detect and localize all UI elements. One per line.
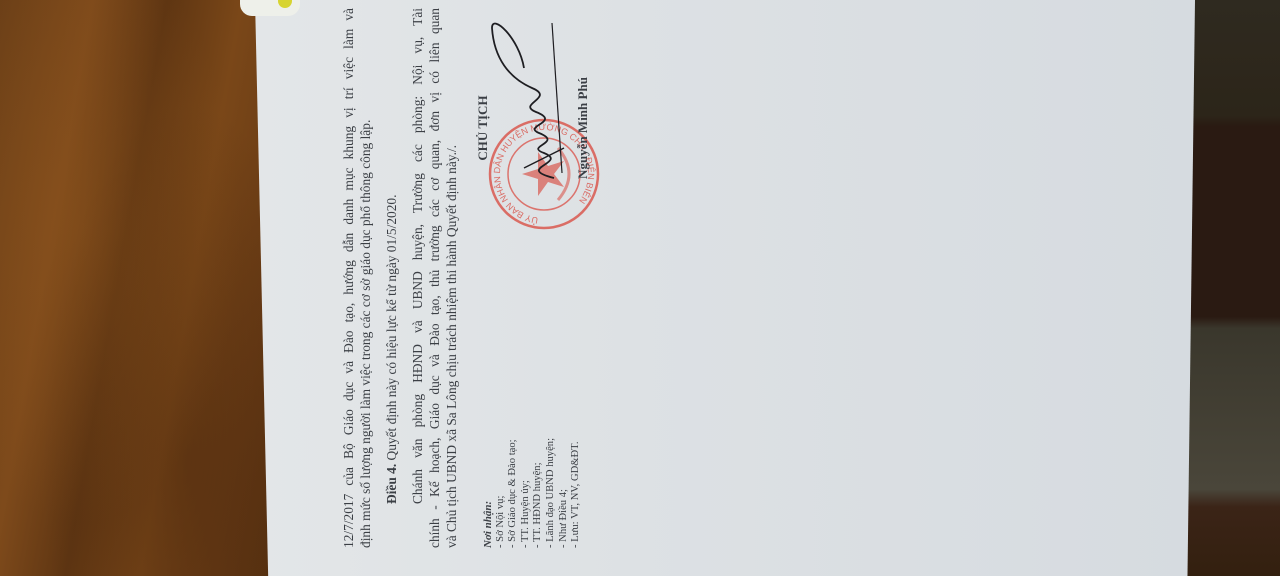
document-text-rotated: 12/7/2017 của Bộ Giáo dục và Đào tạo, hư… xyxy=(340,8,620,548)
article-4-label: Điều 4. xyxy=(384,464,399,504)
paragraph-1: 12/7/2017 của Bộ Giáo dục và Đào tạo, hư… xyxy=(340,8,374,548)
article-4: Điều 4. Quyết định này có hiệu lực kể từ… xyxy=(383,8,400,548)
chairman-block: CHỦ TỊCH Nguyễn Minh Phú xyxy=(470,8,491,248)
dark-background xyxy=(1180,0,1280,576)
paragraph-2-line: và Chủ tịch UBND xã Sa Lông chịu trách n… xyxy=(443,8,460,548)
paragraph-1-line: 12/7/2017 của Bộ Giáo dục và Đào tạo, hư… xyxy=(340,8,357,548)
recipients-list: Nơi nhận: - Sở Nội vụ; - Sở Giáo dục & Đ… xyxy=(482,348,583,548)
recipients-title: Nơi nhận: xyxy=(482,348,495,548)
recipient-item: - Lưu: VT, NV, GD&ĐT. xyxy=(570,348,583,548)
paragraph-2-line: Chánh văn phòng HĐND và UBND huyện, Trưở… xyxy=(409,8,426,548)
recipient-item: - Lãnh đạo UBND huyện; xyxy=(545,348,558,548)
signature-area: Nơi nhận: - Sở Nội vụ; - Sở Giáo dục & Đ… xyxy=(470,8,620,548)
recipient-item: - Sở Giáo dục & Đào tạo; xyxy=(507,348,520,548)
recipient-item: - Như Điều 4; xyxy=(558,348,571,548)
recipient-item: - Sở Nội vụ; xyxy=(495,348,508,548)
wooden-table-background xyxy=(0,0,270,576)
signer-name: Nguyễn Minh Phú xyxy=(574,8,591,248)
handwritten-signature-icon xyxy=(484,8,584,188)
article-4-text: Quyết định này có hiệu lực kể từ ngày 01… xyxy=(384,195,399,461)
paragraph-1-line: định mức số lượng người làm việc trong c… xyxy=(357,8,374,548)
recipient-item: - TT. HĐND huyện; xyxy=(532,348,545,548)
chairman-title: CHỦ TỊCH xyxy=(474,8,491,248)
recipient-item: - TT. Huyện ủy; xyxy=(520,348,533,548)
paragraph-2: Chánh văn phòng HĐND và UBND huyện, Trưở… xyxy=(409,8,460,548)
paragraph-2-line: chính - Kế hoạch, Giáo dục và Đào tạo, t… xyxy=(426,8,443,548)
